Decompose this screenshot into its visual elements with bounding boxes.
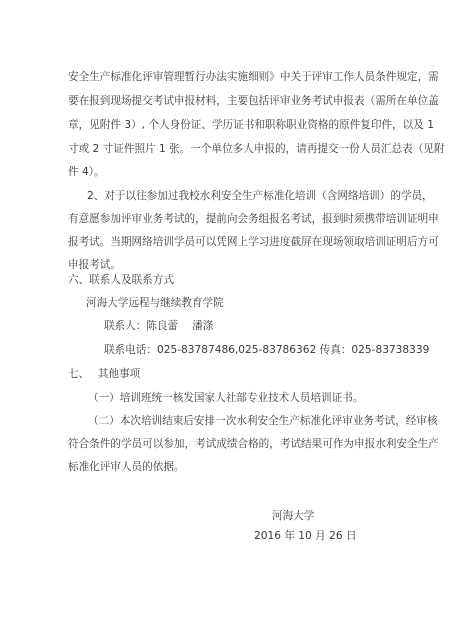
- section-6-org: 河海大学远程与继续教育学院: [86, 296, 224, 310]
- signature-org: 河海大学: [272, 509, 314, 523]
- paragraph-2-line-4: 申报考试。: [68, 258, 121, 272]
- signature-date: 2016 年 10 月 26 日: [254, 529, 357, 543]
- requirements-line-3: 章，见附件 3）, 个人身份证、学历证书和职称职业资格的原件复印件，以及 1: [68, 118, 382, 132]
- requirements-line-5: 件 4）。: [68, 165, 105, 179]
- paragraph-2-line-3: 报考试。当期网络培训学员可以凭网上学习进度截屏在现场领取培训证明后方可: [68, 235, 382, 249]
- section-6-contact: 联系人：陈良蕾 潘涤: [104, 319, 213, 333]
- section-7-item-2-line-3: 标准化评审人员的依据。: [68, 460, 185, 474]
- paragraph-2-line-2: 有意愿参加评审业务考试的，提前向会务组报名考试，报到时须携带培训证明申: [68, 212, 382, 226]
- section-6-heading: 六、联系人及联系方式: [68, 273, 174, 287]
- section-7-item-2-line-1: （二）本次培训结束后安排一次水利安全生产标准化评审业务考试，经审核: [88, 414, 438, 428]
- requirements-line-2: 要在报到现场提交考试申报材料，主要包括评审业务考试申报表（需所在单位盖: [68, 94, 382, 108]
- section-7-item-2-line-2: 符合条件的学员可以参加，考试成绩合格的，考试结果可作为申报水利安全生产: [68, 437, 382, 451]
- section-7-heading: 七、 其他事项: [68, 367, 140, 381]
- section-6-phone: 联系电话：025-83787486,025-83786362 传真：025-83…: [104, 343, 429, 357]
- requirements-line-4: 寸或 2 寸证件照片 1 张。一个单位多人申报的，请再提交一份人员汇总表（见附: [68, 142, 382, 156]
- section-7-item-1: （一）培训班统一核发国家人社部专业技术人员培训证书。: [88, 391, 363, 405]
- paragraph-2-line-1: 2、对于以往参加过我校水利安全生产标准化培训（含网络培训）的学员，: [87, 189, 433, 203]
- requirements-line-1: 安全生产标准化评审管理暂行办法实施细则》中关于评审工作人员条件规定，需: [68, 70, 382, 84]
- document-page: 安全生产标准化评审管理暂行办法实施细则》中关于评审工作人员条件规定，需 要在报到…: [0, 0, 450, 636]
